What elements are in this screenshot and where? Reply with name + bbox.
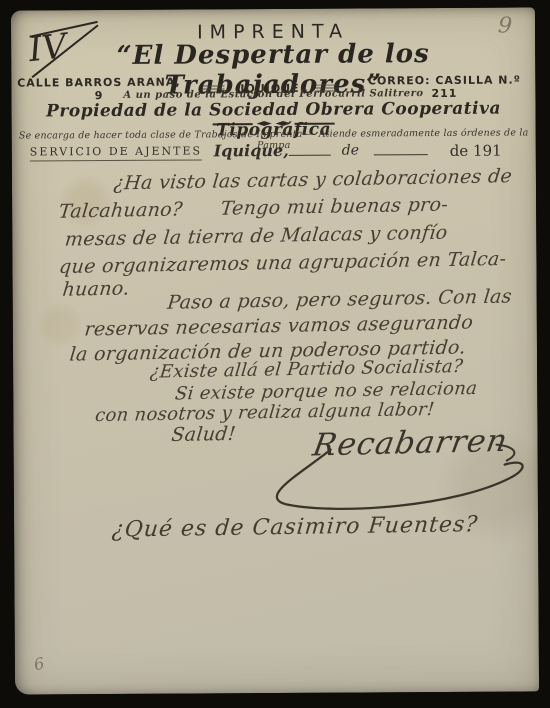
handwritten-line: huano.	[61, 277, 130, 300]
date-de-label: de	[342, 142, 359, 158]
divider-line-right	[295, 122, 335, 124]
letter-paper: 9 6 IV IMPRENTA “El Despertar de los Tra…	[11, 7, 539, 694]
scan-background: 9 6 IV IMPRENTA “El Despertar de los Tra…	[0, 0, 550, 708]
handwritten-line: mesas de la tierra de Malacas y confío	[64, 222, 449, 251]
handwritten-line: ¿Ha visto las cartas y colaboraciones de	[113, 165, 514, 194]
agents-service-label: SERVICIO DE AJENTES	[30, 144, 202, 161]
divider-diamond-left	[257, 121, 272, 126]
divider-diamond-right	[276, 121, 291, 126]
date-year-label: de 191	[450, 142, 502, 160]
handwritten-line: reservas necesarias vamos asegurando	[83, 311, 474, 340]
agents-date-row: SERVICIO DE AJENTES Iquique, de de 191	[12, 138, 536, 165]
signature-flourish	[239, 438, 544, 518]
date-blank-month	[374, 154, 428, 155]
handwritten-line: Salud!	[170, 423, 237, 446]
handwritten-line: con nosotros y realiza alguna labor!	[94, 399, 435, 426]
archive-corner-number: 6	[32, 654, 46, 675]
handwritten-letter-body: ¿Ha visto las cartas y colaboraciones de…	[11, 7, 535, 10]
divider-line-left	[213, 123, 253, 125]
letterhead: IMPRENTA “El Despertar de los Trabajador…	[11, 7, 535, 10]
date-blank-day	[289, 155, 331, 156]
handwritten-line: Talcahuano? Tengo mui buenas pro-	[58, 194, 449, 223]
postscript-line: ¿Qué es de Casimiro Fuentes?	[111, 512, 479, 542]
handwritten-line: Paso a paso, pero seguros. Con las	[166, 285, 513, 313]
date-city-label: Iquique,	[214, 141, 289, 160]
handwritten-line: que organizaremos una agrupación en Talc…	[58, 248, 508, 278]
